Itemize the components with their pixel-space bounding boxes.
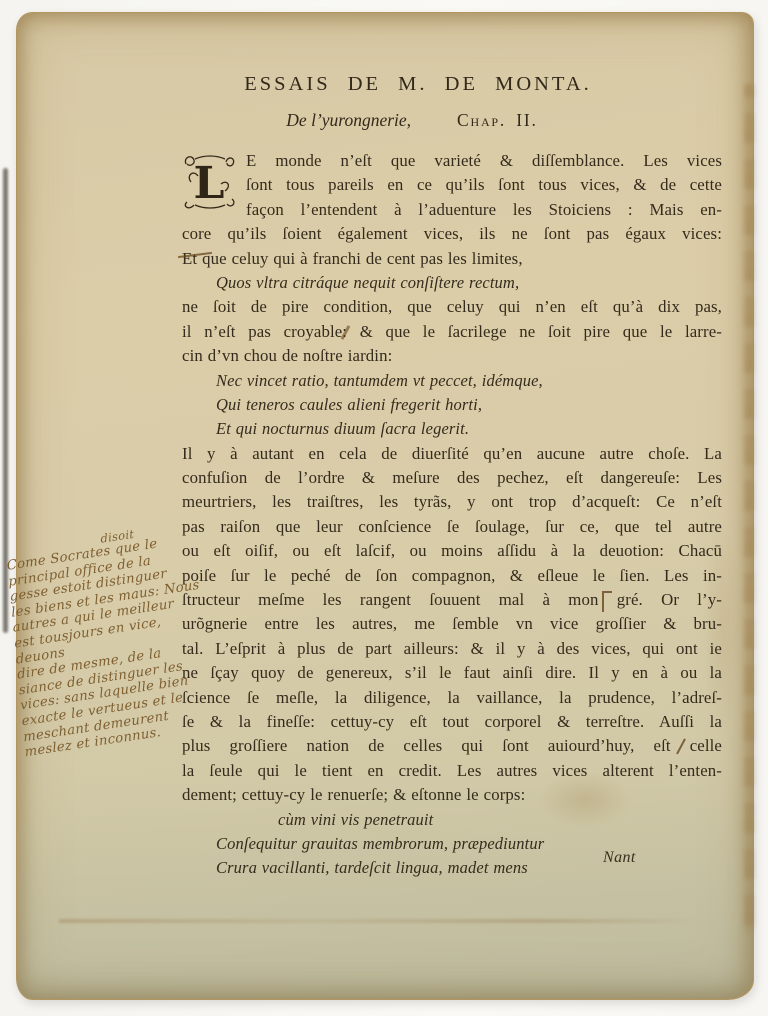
print-line: ou eſt oiſif, ou eſt laſcif, ou moins aſ… (182, 539, 722, 563)
latin-verse-line: Conſequitur grauitas membrorum, præpediu… (182, 832, 722, 856)
print-line: ſtructeur meſme les rangent ſouuent mal … (182, 588, 722, 612)
print-line: core qu’ils ſoient également vices, ils … (182, 222, 722, 246)
print-line: la ſeule qui le tient en credit. Les aut… (182, 759, 722, 783)
print-line: tal. L’eſprit à plus de part ailleurs: &… (182, 637, 722, 661)
running-title: ESSAIS DE M. DE MONTA. (148, 73, 688, 96)
printed-text-block: L E monde n’eſt que varieté & diſſemblan… (182, 149, 722, 881)
paper-crease (59, 919, 699, 923)
print-line: ne ſoit de pire condition, que celuy qui… (182, 295, 722, 319)
print-line: Et que celuy qui à franchi de cent pas l… (182, 247, 722, 271)
scan-canvas: ESSAIS DE M. DE MONTA. De l’yurongnerie,… (0, 0, 768, 1016)
print-line: il n’eſt pas croyable: & que le ſacrileg… (182, 320, 722, 344)
latin-verse-line: Nec vincet ratio, tantumdem vt peccet, i… (182, 369, 722, 393)
print-line: Il y à autant en cela de diuerſité qu’en… (182, 442, 722, 466)
print-line: plus groſſiere nation de celles qui ſont… (182, 734, 722, 758)
latin-verse-line: Quos vltra citráque nequit conſiſtere re… (182, 271, 722, 295)
chapter-heading: De l’yurongnerie, Chap. II. (142, 110, 682, 131)
print-line: ſont tous pareils en ce qu’ils ſont tous… (182, 173, 722, 197)
print-line: ne ſçay quoy de genereux, s’il le faut a… (182, 661, 722, 685)
print-line: meurtriers, les traiſtres, les tyrãs, y … (182, 490, 722, 514)
print-line: façon l’entendent à l’aduenture les Stoi… (182, 198, 722, 222)
latin-verse-line: Crura vacillanti, tardeſcit lingua, made… (182, 856, 722, 880)
print-line: poiſe ſur le peché de ſon compagnon, & e… (182, 564, 722, 588)
page-sheet: ESSAIS DE M. DE MONTA. De l’yurongnerie,… (16, 12, 754, 1000)
print-line: cin d’vn chou de noſtre iardin: (182, 344, 722, 368)
handwritten-marginalia: disoit Come Socrates que le principal of… (5, 518, 221, 761)
drop-cap-initial: L (180, 153, 238, 211)
print-line: ſcience ſe meſle, la diligence, la vaill… (182, 686, 722, 710)
drop-cap-ornament: L (180, 153, 238, 211)
latin-verse-line: Et qui nocturnus diuum ſacra legerit. (182, 417, 722, 441)
print-line: ſe & la fineſſe: cettuy-cy eſt tout corp… (182, 710, 722, 734)
latin-verse-line: Qui teneros caules alieni fregerit horti… (182, 393, 722, 417)
chapter-number: Chap. II. (457, 110, 538, 131)
print-line: confuſion de l’ordre & meſure des pechez… (182, 466, 722, 490)
print-line: pas raiſon que leur conſcience ſe ſoulag… (182, 515, 722, 539)
latin-verse-line: cùm vini vis penetrauit (182, 808, 722, 832)
print-line: dement; cettuy-cy le renuerſe; & eſtonne… (182, 783, 722, 807)
print-line: E monde n’eſt que varieté & diſſemblance… (182, 149, 722, 173)
chapter-name: De l’yurongnerie, (286, 110, 411, 131)
print-line: urõgnerie entre les autres, me ſemble vn… (182, 612, 722, 636)
svg-text:L: L (194, 158, 225, 209)
deckle-edge (744, 83, 754, 933)
catchword: Nant (603, 849, 636, 867)
